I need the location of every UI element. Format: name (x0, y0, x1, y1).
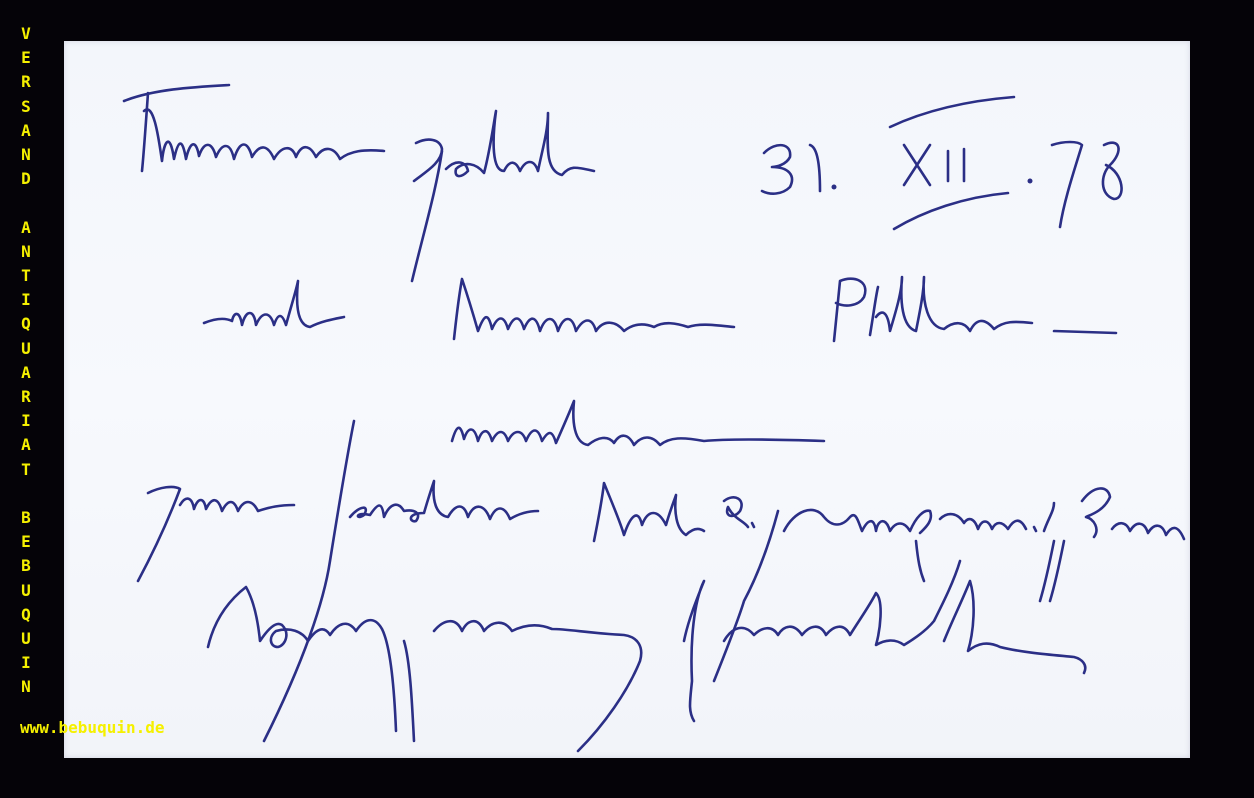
autograph-card: München-Debut 31. XII. 78 mit Münchner P… (64, 41, 1190, 758)
website-url: www.bebuquin.de (20, 718, 165, 737)
handwriting-line-4 (138, 421, 1184, 741)
signature (208, 561, 1085, 751)
handwriting-line-1 (124, 85, 1122, 281)
vertical-dealer-label: V E R S A N D A N T I Q U A R I A T B E … (18, 22, 34, 700)
handwriting-ink (64, 41, 1190, 758)
handwriting-line-2 (204, 277, 1116, 341)
handwriting-line-3 (452, 401, 824, 445)
